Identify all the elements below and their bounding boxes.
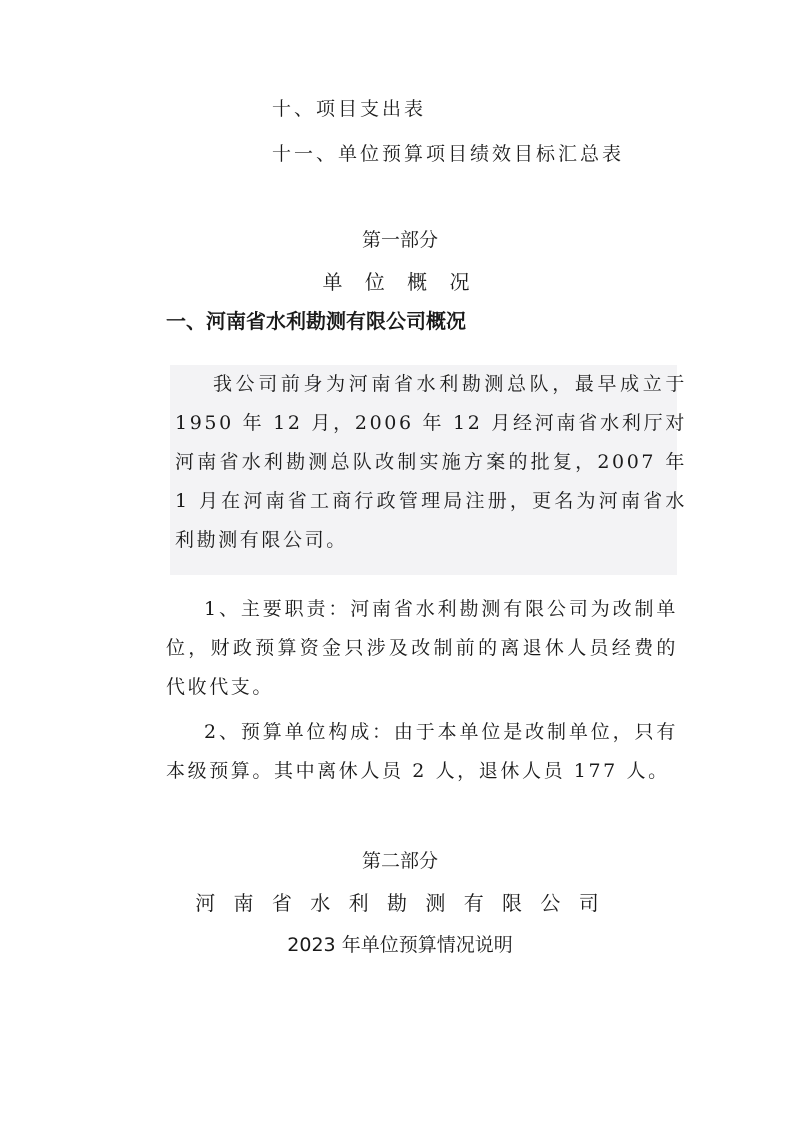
intro-shaded-block: 我公司前身为河南省水利勘测总队，最早成立于1950 年 12 月，2006 年 … xyxy=(170,365,677,575)
intro-paragraph: 我公司前身为河南省水利勘测总队，最早成立于1950 年 12 月，2006 年 … xyxy=(175,365,687,560)
budget-composition-paragraph: 2、预算单位构成：由于本单位是改制单位，只有本级预算。其中离休人员 2 人，退休… xyxy=(166,713,678,791)
main-duties-paragraph: 1、主要职责：河南省水利勘测有限公司为改制单位，财政预算资金只涉及改制前的离退休… xyxy=(166,590,678,707)
part-two-company-name: 河 南 省 水 利 勘 测 有 限 公 司 xyxy=(0,887,800,916)
part-two-subtitle: 2023 年单位预算情况说明 xyxy=(0,930,800,957)
toc-item-project-expenditure: 十、项目支出表 xyxy=(272,97,426,121)
intro-paragraph-text: 我公司前身为河南省水利勘测总队，最早成立于1950 年 12 月，2006 年 … xyxy=(175,365,687,560)
section-heading-company-overview: 一、河南省水利勘测有限公司概况 xyxy=(166,308,466,334)
part-two-title: 第二部分 xyxy=(0,846,800,873)
budget-composition-text: 2、预算单位构成：由于本单位是改制单位，只有本级预算。其中离休人员 2 人，退休… xyxy=(166,713,678,791)
part-one-title: 第一部分 xyxy=(0,225,800,252)
part-one-subtitle: 单 位 概 况 xyxy=(0,266,800,295)
toc-item-performance-targets: 十一、单位预算项目绩效目标汇总表 xyxy=(272,142,624,166)
main-duties-text: 1、主要职责：河南省水利勘测有限公司为改制单位，财政预算资金只涉及改制前的离退休… xyxy=(166,590,678,707)
